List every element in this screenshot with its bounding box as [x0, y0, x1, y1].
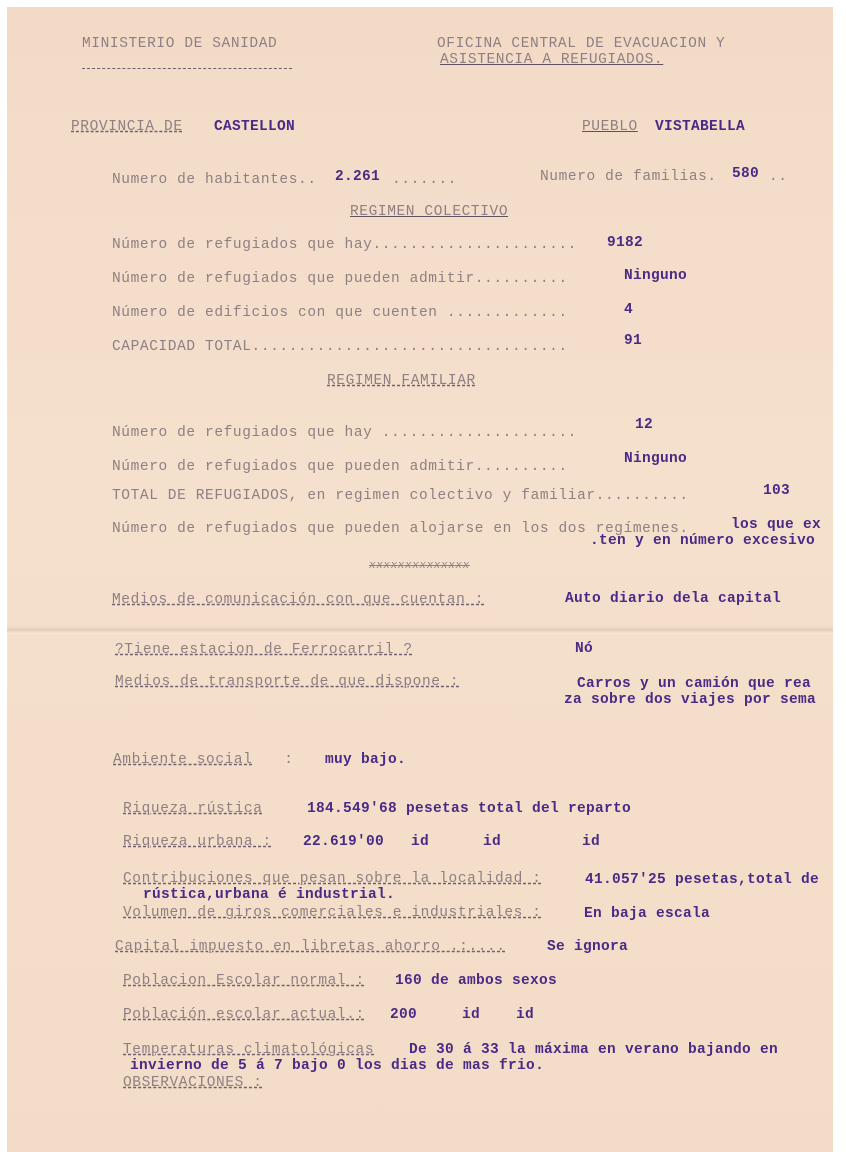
colectivo-row-value: 91: [624, 332, 642, 350]
families-dots: ..: [769, 168, 788, 186]
familiar-row-value: 103: [763, 482, 790, 500]
separator-strikeout: xxxxxxxxxxxxxx: [369, 557, 470, 575]
regimen-colectivo-heading: REGIMEN COLECTIVO: [350, 203, 508, 221]
escolar-actual-label: Población escolar actual.:: [123, 1006, 365, 1024]
familiar-row-value: Ninguno: [624, 450, 687, 468]
ambiente-label: Ambiente social: [113, 751, 253, 769]
inhabitants-value: 2.261: [335, 168, 380, 186]
temperaturas-value-line2: invierno de 5 á 7 bajo 0 los dias de mas…: [130, 1057, 544, 1075]
familiar-row-label: TOTAL DE REFUGIADOS, en regimen colectiv…: [112, 487, 689, 505]
capacity-value-line2: .ten y en número excesivo: [590, 532, 815, 550]
ferrocarril-label: ?Tiene estacion de Ferrocarril ?: [115, 641, 413, 659]
transporte-label: Medios de transporte de que dispone :: [115, 673, 459, 691]
riqueza-rustica-value: 184.549'68 pesetas total del reparto: [307, 800, 631, 818]
paper-fold: [7, 626, 833, 634]
province-value: CASTELLON: [214, 118, 295, 136]
riqueza-urbana-value: 22.619'00 id id id: [303, 833, 600, 851]
volumen-value: En baja escala: [584, 905, 710, 923]
escolar-actual-value: 200 id id: [390, 1006, 534, 1024]
inhabitants-dots: .......: [392, 171, 457, 189]
families-label: Numero de familias.: [540, 168, 717, 186]
province-label: PROVINCIA DE: [71, 118, 183, 136]
colectivo-row-label: CAPACIDAD TOTAL.........................…: [112, 338, 568, 356]
office-title-line2: ASISTENCIA A REFUGIADOS.: [440, 51, 663, 69]
volumen-label: Volumen de giros comerciales e industria…: [123, 904, 542, 922]
observaciones-label: OBSERVACIONES :: [123, 1074, 263, 1092]
colectivo-row-value: 4: [624, 301, 633, 319]
contribuciones-value-line1: 41.057'25 pesetas,total de: [585, 871, 819, 889]
families-value: 580: [732, 165, 759, 183]
transporte-value-line2: za sobre dos viajes por sema: [564, 691, 816, 709]
escolar-normal-value: 160 de ambos sexos: [395, 972, 557, 990]
ministry-title: MINISTERIO DE SANIDAD: [82, 35, 277, 53]
comunicacion-label: Medios de comunicación con que cuentan :: [112, 591, 484, 609]
colectivo-row-label: Número de refugiados que hay............…: [112, 236, 577, 254]
ambiente-value: muy bajo.: [325, 751, 406, 769]
inhabitants-label: Numero de habitantes..: [112, 171, 317, 189]
ferrocarril-value: Nó: [575, 640, 593, 658]
town-label: PUEBLO: [582, 118, 638, 136]
escolar-normal-label: Poblacion Escolar normal :: [123, 972, 365, 990]
riqueza-rustica-label: Riqueza rústica: [123, 800, 263, 818]
colectivo-row-label: Número de refugiados que pueden admitir.…: [112, 270, 568, 288]
ambiente-sep: :: [275, 751, 303, 769]
riqueza-urbana-label: Riqueza urbana :: [123, 833, 272, 851]
colectivo-row-label: Número de edificios con que cuenten ....…: [112, 304, 568, 322]
colectivo-row-value: 9182: [607, 234, 643, 252]
familiar-row-value: 12: [635, 416, 653, 434]
capital-label: Capital impuesto en libretas ahorro .:..…: [115, 938, 506, 956]
contribuciones-value-line2: rústica,urbana é industrial.: [143, 886, 395, 904]
familiar-row-label: Número de refugiados que hay ...........…: [112, 424, 577, 442]
document-page: MINISTERIO DE SANIDAD OFICINA CENTRAL DE…: [7, 7, 833, 1152]
comunicacion-value: Auto diario dela capital: [565, 590, 781, 608]
colectivo-row-value: Ninguno: [624, 267, 687, 285]
regimen-familiar-heading: REGIMEN FAMILIAR: [327, 372, 476, 390]
familiar-row-label: Número de refugiados que pueden admitir.…: [112, 458, 568, 476]
header-rule: [82, 68, 292, 69]
capital-value: Se ignora: [547, 938, 628, 956]
town-value: VISTABELLA: [655, 118, 745, 136]
